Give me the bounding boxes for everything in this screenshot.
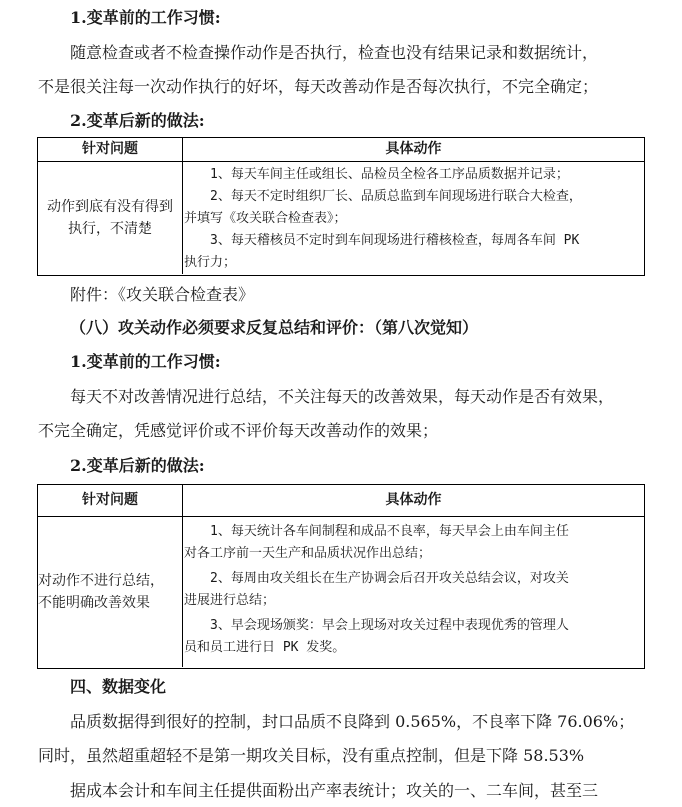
actions-cell: 1、每天车间主任或组长、品检员全检各工序品质数据并记录； 2、每天不定时组织厂长… bbox=[183, 162, 644, 274]
actions-cell: 1、每天统计各车间制程和成品不良率，每天早会上由车间主任 对各工序前一天生产和品… bbox=[183, 517, 644, 667]
section4-title: 四、数据变化 bbox=[70, 677, 166, 697]
problem-line: 动作到底有没有得到 bbox=[47, 196, 173, 218]
problem-cell: 动作到底有没有得到 执行，不清楚 bbox=[38, 162, 183, 274]
table-header-row: 针对问题 具体动作 bbox=[38, 485, 644, 517]
action-item: 1、每天统计各车间制程和成品不良率，每天早会上由车间主任 对各工序前一天生产和品… bbox=[184, 521, 643, 565]
table-header-row: 针对问题 具体动作 bbox=[38, 138, 644, 162]
section8-actions-table: 针对问题 具体动作 对动作不进行总结， 不能明确改善效果 1、每天统计各车间制程… bbox=[37, 484, 645, 669]
header-problem: 针对问题 bbox=[38, 138, 183, 162]
problem-line: 对动作不进行总结， bbox=[38, 570, 164, 592]
section8-before-text-line2: 不完全确定，凭感觉评价或不评价每天改善动作的效果； bbox=[38, 421, 438, 441]
section4-line2: 同时，虽然超重超轻不是第一期攻关目标，没有重点控制，但是下降 58.53% bbox=[38, 746, 584, 766]
action-item: 2、每天不定时组织厂长、品质总监到车间现场进行联合大检查， 并填写《攻关联合检查… bbox=[184, 186, 643, 230]
problem-cell: 对动作不进行总结， 不能明确改善效果 bbox=[38, 517, 183, 667]
section7-before-text-line1: 随意检查或者不检查操作动作是否执行，检查也没有结果记录和数据统计， bbox=[70, 43, 598, 63]
action-item: 3、每天稽核员不定时到车间现场进行稽核检查，每周各车间 PK 执行力； bbox=[184, 230, 643, 274]
header-actions: 具体动作 bbox=[183, 485, 644, 517]
action-item: 3、早会现场颁奖：早会上现场对攻关过程中表现优秀的管理人 员和员工进行日 PK … bbox=[184, 615, 643, 659]
section8-before-heading: 1.变革前的工作习惯: bbox=[70, 352, 221, 372]
action-item: 1、每天车间主任或组长、品检员全检各工序品质数据并记录； bbox=[184, 164, 643, 186]
table-row: 动作到底有没有得到 执行，不清楚 1、每天车间主任或组长、品检员全检各工序品质数… bbox=[38, 162, 644, 274]
header-problem: 针对问题 bbox=[38, 485, 183, 517]
problem-line: 不能明确改善效果 bbox=[38, 592, 164, 614]
section8-after-heading: 2.变革后新的做法: bbox=[70, 456, 205, 476]
section4-line1: 品质数据得到很好的控制，封口品质不良降到 0.565%，不良率下降 76.06%… bbox=[70, 712, 634, 732]
header-actions: 具体动作 bbox=[183, 138, 644, 162]
section8-before-text-line1: 每天不对改善情况进行总结，不关注每天的改善效果，每天动作是否有效果， bbox=[70, 387, 614, 407]
section4-line3: 据成本会计和车间主任提供面粉出产率表统计；攻关的一、二车间，甚至三 bbox=[70, 781, 598, 801]
section7-before-text-line2: 不是很关注每一次动作执行的好坏，每天改善动作是否每次执行，不完全确定； bbox=[38, 77, 598, 97]
section7-after-heading: 2.变革后新的做法: bbox=[70, 111, 205, 131]
attachment-note: 附件：《攻关联合检查表》 bbox=[70, 285, 254, 305]
action-item: 2、每周由攻关组长在生产协调会后召开攻关总结会议，对攻关 进展进行总结； bbox=[184, 568, 643, 612]
section7-before-heading: 1.变革前的工作习惯: bbox=[70, 8, 221, 28]
problem-line: 执行，不清楚 bbox=[47, 218, 173, 240]
section7-actions-table: 针对问题 具体动作 动作到底有没有得到 执行，不清楚 1、每天车间主任或组长、品… bbox=[37, 137, 645, 276]
section8-title: （八）攻关动作必须要求反复总结和评价：（第八次觉知） bbox=[70, 318, 478, 338]
table-row: 对动作不进行总结， 不能明确改善效果 1、每天统计各车间制程和成品不良率，每天早… bbox=[38, 517, 644, 667]
